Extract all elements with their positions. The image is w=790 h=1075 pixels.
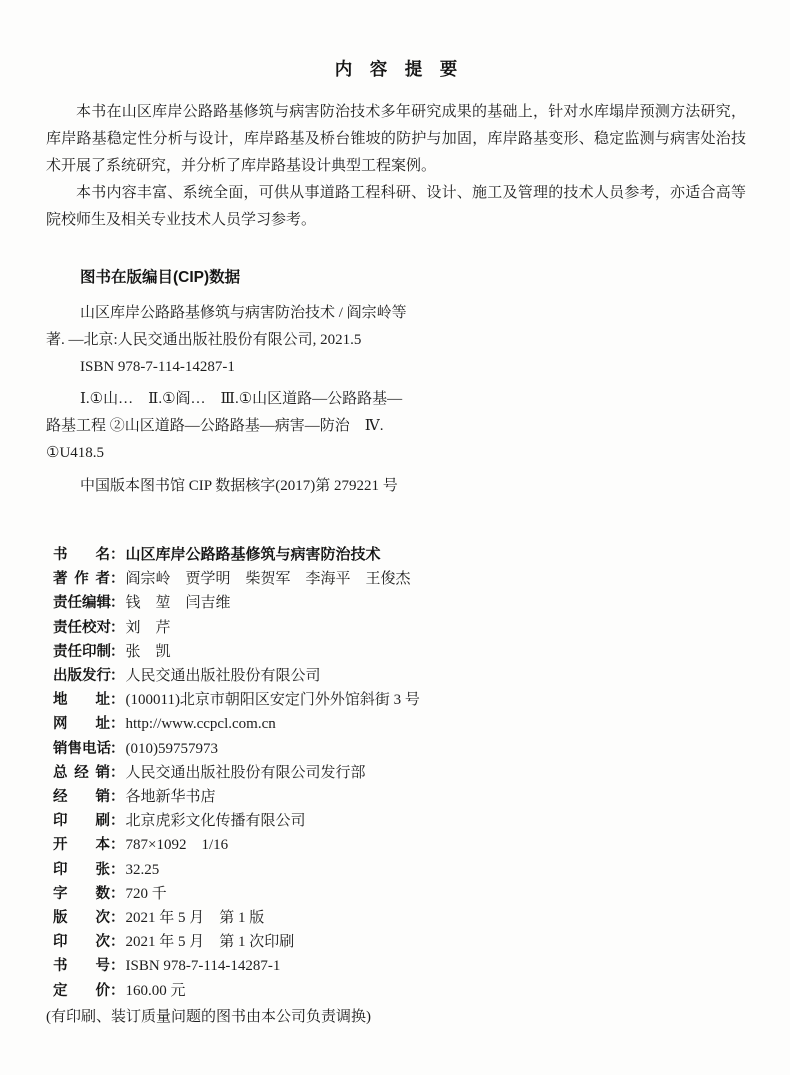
summary-paragraph: 本书内容丰富、系统全面，可供从事道路工程科研、设计、施工及管理的技术人员参考，亦… [46,180,746,234]
summary-paragraph: 本书在山区库岸公路路基修筑与病害防治技术多年研究成果的基础上，针对水库塌岸预测方… [46,99,746,180]
colophon-label: 印次 [53,931,110,954]
cip-heading: 图书在版编目(CIP)数据 [46,267,746,289]
colophon-value: 钱 堃 闫吉维 [126,595,231,611]
book-copyright-page: 内 容 提 要 本书在山区库岸公路路基修筑与病害防治技术多年研究成果的基础上，针… [0,0,790,1075]
colophon-row-distributor: 经销：各地新华书店 [46,785,746,809]
colophon-value: (010)59757973 [126,741,219,757]
quality-exchange-note: (有印刷、装订质量问题的图书由本公司负责调换) [46,1005,746,1029]
colophon-colon: ： [110,862,126,878]
colophon-colon: ： [110,765,126,781]
colophon-colon: ： [110,571,126,587]
colophon-label: 字数 [53,883,110,906]
colophon-colon: ： [110,595,126,611]
colophon-label: 版次 [53,907,110,930]
content-summary-section: 内 容 提 要 本书在山区库岸公路路基修筑与病害防治技术多年研究成果的基础上，针… [46,58,746,234]
colophon-row-proofreader: 责任校对：刘 芹 [46,616,746,640]
colophon-colon: ： [110,910,126,926]
colophon-value: 各地新华书店 [126,789,216,805]
colophon-label: 销售电话 [53,738,110,761]
colophon-colon: ： [110,934,126,950]
colophon-label: 网址 [53,713,110,736]
colophon-value: 32.25 [126,862,160,878]
colophon-value: ISBN 978-7-114-14287-1 [126,958,281,974]
colophon-row-editor: 责任编辑：钱 堃 闫吉维 [46,591,746,615]
colophon-colon: ： [110,644,126,660]
colophon-section: 书名：山区库岸公路路基修筑与病害防治技术 著作者：阎宗岭 贾学明 柴贺军 李海平… [46,543,746,1029]
colophon-colon: ： [110,886,126,902]
colophon-row-sales-phone: 销售电话：(010)59757973 [46,737,746,761]
cip-data-section: 图书在版编目(CIP)数据 山区库岸公路路基修筑与病害防治技术 / 阎宗岭等 著… [46,267,746,500]
colophon-value: 2021 年 5 月 第 1 版 [126,910,265,926]
cip-classification-line: 路基工程 ②山区道路—公路路基—病害—防治 Ⅳ. [46,413,746,440]
colophon-label: 书号 [53,955,110,978]
cip-record-number-line: 中国版本图书馆 CIP 数据核字(2017)第 279221 号 [46,473,746,500]
colophon-value: 787×1092 1/16 [126,837,229,853]
colophon-label: 责任校对 [53,617,110,640]
colophon-label: 出版发行 [53,665,110,688]
colophon-value: 刘 芹 [126,620,171,636]
colophon-label: 责任编辑 [53,592,110,615]
colophon-value: 人民交通出版社股份有限公司 [126,668,321,684]
content-summary-heading: 内 容 提 要 [46,58,746,80]
cip-classification-line: ①U418.5 [46,440,746,467]
colophon-value: 720 千 [126,886,167,902]
colophon-value: 山区库岸公路路基修筑与病害防治技术 [126,546,381,563]
colophon-row-word-count: 字数：720 千 [46,882,746,906]
cip-isbn-line: ISBN 978-7-114-14287-1 [46,354,746,381]
colophon-value: 阎宗岭 贾学明 柴贺军 李海平 王俊杰 [126,571,411,587]
colophon-row-authors: 著作者：阎宗岭 贾学明 柴贺军 李海平 王俊杰 [46,567,746,591]
colophon-row-format: 开本：787×1092 1/16 [46,833,746,857]
colophon-label: 书名 [53,544,110,567]
cip-publisher-line: 著. —北京:人民交通出版社股份有限公司, 2021.5 [46,327,746,354]
colophon-row-price: 定价：160.00 元 [46,979,746,1003]
colophon-value: http://www.ccpcl.com.cn [126,716,276,732]
colophon-colon: ： [110,620,126,636]
colophon-colon: ： [110,813,126,829]
colophon-colon: ： [110,668,126,684]
colophon-row-publisher: 出版发行：人民交通出版社股份有限公司 [46,664,746,688]
colophon-label: 开本 [53,834,110,857]
colophon-label: 著作者 [53,568,110,591]
colophon-row-website: 网址：http://www.ccpcl.com.cn [46,712,746,736]
colophon-value: 2021 年 5 月 第 1 次印刷 [126,934,295,950]
colophon-row-printed-sheets: 印张：32.25 [46,858,746,882]
colophon-label: 责任印制 [53,641,110,664]
colophon-colon: ： [110,692,126,708]
colophon-colon: ： [110,837,126,853]
colophon-colon: ： [110,547,126,563]
colophon-label: 印张 [53,859,110,882]
colophon-value: 160.00 元 [126,983,186,999]
colophon-row-address: 地址：(100011)北京市朝阳区安定门外外馆斜街 3 号 [46,688,746,712]
colophon-label: 经销 [53,786,110,809]
colophon-label: 地址 [53,689,110,712]
colophon-row-printing: 印次：2021 年 5 月 第 1 次印刷 [46,930,746,954]
colophon-colon: ： [110,958,126,974]
colophon-value: (100011)北京市朝阳区安定门外外馆斜街 3 号 [126,692,420,708]
colophon-row-book-title: 书名：山区库岸公路路基修筑与病害防治技术 [46,543,746,567]
cip-title-author-line: 山区库岸公路路基修筑与病害防治技术 / 阎宗岭等 [46,300,746,327]
colophon-label: 定价 [53,980,110,1003]
colophon-row-print-supervisor: 责任印制：张 凯 [46,640,746,664]
colophon-colon: ： [110,716,126,732]
cip-classification-line: Ⅰ.①山… Ⅱ.①阎… Ⅲ.①山区道路—公路路基— [46,386,746,413]
colophon-colon: ： [110,983,126,999]
colophon-row-edition: 版次：2021 年 5 月 第 1 版 [46,906,746,930]
colophon-row-general-distributor: 总经销：人民交通出版社股份有限公司发行部 [46,761,746,785]
colophon-row-book-number: 书号：ISBN 978-7-114-14287-1 [46,954,746,978]
colophon-row-printer: 印刷：北京虎彩文化传播有限公司 [46,809,746,833]
colophon-value: 人民交通出版社股份有限公司发行部 [126,765,366,781]
content-summary-body: 本书在山区库岸公路路基修筑与病害防治技术多年研究成果的基础上，针对水库塌岸预测方… [46,99,746,234]
colophon-value: 张 凯 [126,644,171,660]
colophon-label: 总经销 [53,762,110,785]
colophon-label: 印刷 [53,810,110,833]
colophon-colon: ： [110,789,126,805]
colophon-colon: ： [110,741,126,757]
colophon-value: 北京虎彩文化传播有限公司 [126,813,306,829]
